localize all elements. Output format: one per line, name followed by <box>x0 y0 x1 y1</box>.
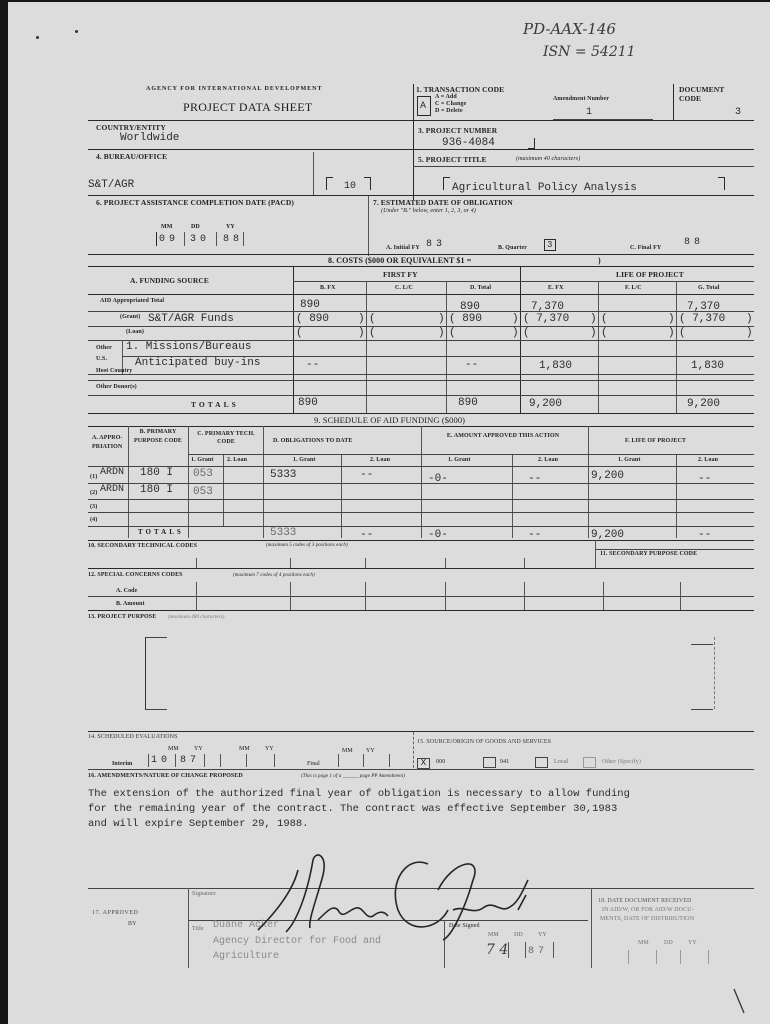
secondary-tech-codes-label: 10. SECONDARY TECHNICAL CODES <box>88 543 197 549</box>
date-received-mm-label: MM <box>638 940 649 946</box>
pacd-dd-label: DD <box>191 224 200 230</box>
sched-row1-f-grant[interactable]: 9,200 <box>591 470 624 482</box>
row-loan-label: (Loan) <box>126 329 144 335</box>
amendments-label: 16. AMENDMENTS/NATURE OF CHANGE PROPOSED <box>88 773 243 779</box>
col-first-total: D. Total <box>470 285 491 291</box>
schedule-totals-label: TOTALS <box>138 528 184 536</box>
transaction-code-box[interactable]: A <box>417 96 431 116</box>
date-received-dd-label: DD <box>664 940 673 946</box>
origin-941-label: 941 <box>500 759 509 765</box>
transaction-option-change: C = Change <box>435 101 466 107</box>
transaction-code-label: 1. TRANSACTION CODE <box>416 85 504 94</box>
handwritten-isn: ISN = 54211 <box>543 44 636 60</box>
project-title-value[interactable]: Agricultural Policy Analysis <box>452 182 637 194</box>
sched-row3-num: (3) <box>90 504 97 510</box>
col-first-lc: C. L/C <box>395 285 413 291</box>
origin-000-checkbox[interactable]: X <box>417 758 430 769</box>
eval2-yy-label: YY <box>265 746 274 752</box>
grant-life-lc[interactable]: ( <box>601 313 608 325</box>
col-life-lc: F. L/C <box>625 285 642 291</box>
date-received-label-line2: IN AID/W, OR FOR AID/W DOCU- <box>602 907 694 913</box>
origin-941-checkbox[interactable] <box>483 757 496 768</box>
bureau-label: 4. BUREAU/OFFICE <box>96 152 167 161</box>
interim-yy-label: YY <box>194 746 203 752</box>
funding-source-label: A. FUNDING SOURCE <box>130 276 209 285</box>
sched-row1-purpose[interactable]: 180 I <box>140 467 173 479</box>
col-life-total: G. Total <box>698 285 719 291</box>
final-fy-label: C. Final FY <box>630 245 661 251</box>
row-host-country-label: Host Country <box>96 368 132 374</box>
pacd-dd[interactable]: 3 0 <box>190 234 205 245</box>
row-other-us-label: Other U.S. <box>96 343 120 365</box>
totals-life-fx[interactable]: 9,200 <box>529 398 562 410</box>
col-d-loan: 2. Loan <box>370 457 390 463</box>
approved-by-label2: BY <box>128 921 137 927</box>
document-code-label: DOCUMENT CODE <box>679 85 739 103</box>
other-us-first-fx[interactable]: -- <box>306 359 319 371</box>
special-concerns-label: 12. SPECIAL CONCERNS CODES <box>88 572 183 578</box>
amendments-hint: (This is page 1 of a ______ page PP Amen… <box>301 774 405 779</box>
sched-row2-approp[interactable]: ARDN <box>100 484 124 495</box>
date-received-label-line1: 18. DATE DOCUMENT RECEIVED <box>598 898 692 904</box>
signature-image <box>238 850 548 950</box>
initial-fy-label: A. Initial FY <box>386 245 420 251</box>
secondary-purpose-code-label: 11. SECONDARY PURPOSE CODE <box>600 551 697 557</box>
amendment-text-line3: and will expire September 29, 1988. <box>88 818 309 830</box>
interim-mm-label: MM <box>168 746 179 752</box>
pacd-label: 6. PROJECT ASSISTANCE COMPLETION DATE (P… <box>96 198 294 207</box>
col-life-fx: E. FX <box>548 285 564 291</box>
sched-row2-num: (2) <box>90 490 97 496</box>
document-page: PD-AAX-146 ISN = 54211 AGENCY FOR INTERN… <box>8 2 770 1024</box>
totals-first-fx[interactable]: 890 <box>298 397 318 409</box>
final-yy-label: YY <box>366 748 375 754</box>
col-life-project: F. LIFE OF PROJECT <box>625 438 686 444</box>
date-received-label-line3: MENTS, DATE OF DISTRIBUTION <box>600 916 694 922</box>
other-us-first-total[interactable]: -- <box>465 359 478 371</box>
origin-other-label: Other (Specify) <box>602 759 641 765</box>
origin-000-label: 000 <box>436 759 445 765</box>
signer-title-line2: Agriculture <box>213 951 279 962</box>
origin-other-checkbox[interactable] <box>583 757 596 768</box>
grant-first-lc[interactable]: ( <box>369 313 376 325</box>
col-appropriation: A. APPRO-PRIATION <box>92 434 130 452</box>
obligation-hint: (Under "B." below, enter 1, 2, 3, or 4) <box>381 208 476 214</box>
project-title-hint: (maximum 40 characters) <box>516 156 580 162</box>
project-purpose-hint: (maximum 480 characters) <box>168 615 225 620</box>
sched-row4-num: (4) <box>90 517 97 523</box>
obligation-label: 7. ESTIMATED DATE OF OBLIGATION <box>373 198 513 207</box>
pacd-yy[interactable]: 8 8 <box>223 234 238 245</box>
project-title-label: 5. PROJECT TITLE <box>418 155 487 164</box>
other-us-life-total[interactable]: 1,830 <box>691 360 724 372</box>
agency-name: AGENCY FOR INTERNATIONAL DEVELOPMENT <box>146 86 323 92</box>
sched-row1-approp[interactable]: ARDN <box>100 467 124 478</box>
costs-title: 8. COSTS ($000 OR EQUIVALENT $1 = <box>328 256 471 265</box>
final-eval-label: Final <box>307 761 320 767</box>
amendment-number-label: Amendment Number <box>553 96 609 102</box>
interim-yy[interactable]: 8 7 <box>180 755 195 766</box>
project-number-value[interactable]: 936-4084 <box>442 137 495 149</box>
signature-label: Signature <box>192 891 216 897</box>
interim-mm[interactable]: 1 0 <box>151 755 166 766</box>
bureau-value[interactable]: S&T/AGR <box>88 179 134 191</box>
col-tech-loan: 2. Loan <box>227 457 247 463</box>
col-obligations: D. OBLIGATIONS TO DATE <box>273 438 352 444</box>
sched-row1-d-grant[interactable]: 5333 <box>270 469 296 481</box>
scan-speck <box>75 30 78 33</box>
costs-totals-label: TOTALS <box>191 400 239 409</box>
source-origin-label: 15. SOURCE/ORIGIN OF GOODS AND SERVICES <box>417 739 551 745</box>
col-d-grant: 1. Grant <box>293 457 315 463</box>
other-us-life-fx[interactable]: 1,830 <box>539 360 572 372</box>
row-aid-total-label: AID Appropriated Total <box>100 298 164 304</box>
sched-row2-purpose[interactable]: 180 I <box>140 484 173 496</box>
loan-first-total[interactable]: ( <box>449 327 456 339</box>
row-grant-label: (Grant) <box>120 314 140 320</box>
sched-row1-d-loan[interactable]: -- <box>360 469 373 481</box>
col-tech-grant: 1. Grant <box>191 457 213 463</box>
special-concerns-hint: (maximum 7 codes of 4 positions each) <box>233 573 315 578</box>
project-number-label: 3. PROJECT NUMBER <box>418 126 497 135</box>
approved-by-label: 17. APPROVED <box>92 910 138 916</box>
life-of-project-label: LIFE OF PROJECT <box>616 270 684 279</box>
handwritten-doc-id: PD-AAX-146 <box>523 20 616 38</box>
amendment-number-value[interactable]: 1 <box>586 107 592 118</box>
project-purpose-label: 13. PROJECT PURPOSE <box>88 614 156 620</box>
sched-row1-tech-grant[interactable]: 053 <box>193 468 213 480</box>
country-label: COUNTRY/ENTITY <box>96 123 166 132</box>
scheduled-evaluations-label: 14. SCHEDULED EVALUATIONS <box>88 734 178 740</box>
pacd-yy-label: YY <box>226 224 235 230</box>
pacd-mm-label: MM <box>161 224 173 230</box>
col-first-fx: B. FX <box>320 285 336 291</box>
pacd-mm[interactable]: 0 9 <box>159 234 174 245</box>
origin-local-checkbox[interactable] <box>535 757 548 768</box>
grant-first-fx[interactable]: ( 890 <box>296 313 329 325</box>
col-primary-tech: C. PRIMARY TECH. CODE <box>191 430 261 446</box>
bureau-code[interactable]: 10 <box>344 181 356 192</box>
transaction-option-delete: D = Delete <box>435 108 463 114</box>
scan-speck <box>36 36 39 39</box>
row-other-donors-label: Other Donor(s) <box>96 384 137 390</box>
other-us-line1[interactable]: 1. Missions/Bureaus <box>126 341 251 353</box>
col-f-grant: 1. Grant <box>618 457 640 463</box>
project-purpose-box[interactable] <box>145 637 715 709</box>
title-label: Title <box>192 926 204 932</box>
interim-label: Interim <box>112 761 132 767</box>
col-f-loan: 2. Loan <box>698 457 718 463</box>
eval2-mm-label: MM <box>239 746 250 752</box>
origin-local-label: Local <box>554 759 568 765</box>
col-e-grant: 1. Grant <box>448 457 470 463</box>
loan-first-fx[interactable]: ( <box>296 327 303 339</box>
transaction-option-add: A = Add <box>435 94 457 100</box>
special-code-label: A. Code <box>116 588 137 594</box>
quarter-box[interactable]: 3 <box>544 239 556 251</box>
other-us-line2[interactable]: Anticipated buy-ins <box>135 357 260 369</box>
initial-fy-value[interactable]: 8 3 <box>426 239 441 250</box>
date-received-yy-label: YY <box>688 940 697 946</box>
amendment-text-line2: for the remaining year of the contract. … <box>88 803 617 815</box>
aid-total-first-fx[interactable]: 890 <box>300 299 320 311</box>
totals-first-total[interactable]: 890 <box>458 397 478 409</box>
totals-life-total[interactable]: 9,200 <box>687 398 720 410</box>
secondary-tech-codes-hint: (maximum 5 codes of 3 positions each) <box>266 543 348 548</box>
amendment-text-line1: The extension of the authorized final ye… <box>88 788 630 800</box>
sched-row2-tech-grant[interactable]: 053 <box>193 486 213 498</box>
grant-source-typed[interactable]: S&T/AGR Funds <box>148 313 234 325</box>
quarter-label: B. Quarter <box>498 245 527 251</box>
country-value[interactable]: Worldwide <box>120 132 179 144</box>
first-fy-label: FIRST FY <box>383 270 418 279</box>
sched-total-d-grant[interactable]: 5333 <box>270 527 296 539</box>
form-title: PROJECT DATA SHEET <box>183 100 313 115</box>
schedule-title: 9. SCHEDULE OF AID FUNDING ($000) <box>314 415 465 425</box>
sched-row1-num: (1) <box>90 474 97 480</box>
document-code-value[interactable]: 3 <box>735 107 741 118</box>
grant-life-fx[interactable]: ( 7,370 <box>523 313 569 325</box>
loan-life-total[interactable]: ( <box>679 327 686 339</box>
grant-first-total[interactable]: ( 890 <box>449 313 482 325</box>
col-primary-purpose: B. PRIMARY PURPOSE CODE <box>129 428 187 446</box>
final-fy-value[interactable]: 8 8 <box>684 237 699 248</box>
special-amount-label: B. Amount <box>116 601 145 607</box>
final-mm-label: MM <box>342 748 353 754</box>
loan-first-lc[interactable]: ( <box>369 327 376 339</box>
grant-life-total[interactable]: ( 7,370 <box>679 313 725 325</box>
col-e-loan: 2. Loan <box>538 457 558 463</box>
loan-life-fx[interactable]: ( <box>523 327 530 339</box>
col-amount-approved: E. AMOUNT APPROVED THIS ACTION <box>428 432 578 441</box>
scan-mark <box>730 987 750 1017</box>
loan-life-lc[interactable]: ( <box>601 327 608 339</box>
